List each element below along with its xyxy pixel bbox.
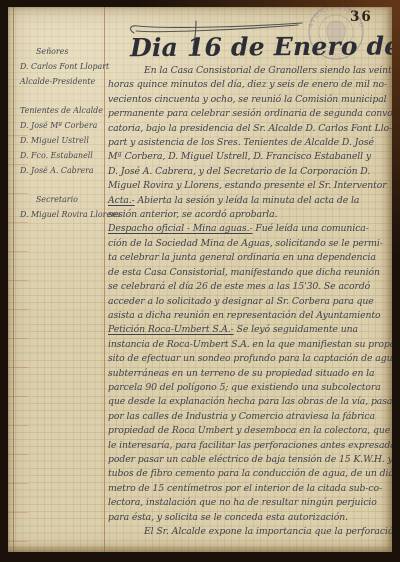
body-line: Petición Roca-Umbert S.A.- Se leyó segui… [106, 323, 392, 337]
body-line: horas quince minutos del día, diez y sei… [106, 78, 392, 92]
line-text: se celebrará el día 26 de este mes a las… [108, 281, 370, 292]
body-line: propiedad de Roca Umbert y desemboca en … [106, 424, 392, 438]
underlined-heading: Petición Roca-Umbert S.A.- [108, 324, 234, 335]
entry-date-heading: Dia 16 de Enero de 1958 [130, 31, 392, 62]
line-text: ta celebrar la junta general ordinaria e… [108, 252, 376, 263]
body-line: Acta.- Abierta la sesión y leída la minu… [106, 194, 392, 208]
body-line: subterráneas en un terreno de su propied… [106, 367, 392, 381]
margin-note: D. Miguel Rovira Llorens [20, 207, 108, 222]
underlined-heading: Acta.- [108, 195, 135, 206]
line-text: lectora, instalación que no ha de result… [108, 497, 377, 508]
margin-note: D. José Mª Corbera [20, 118, 108, 133]
line-text: metro de 15 centímetros por el interior … [108, 483, 382, 494]
body-line: acceder a lo solicitado y designar al Sr… [106, 295, 392, 309]
body-line: poder pasar un cable eléctrico de baja t… [106, 453, 392, 467]
body-line: lectora, instalación que no ha de result… [106, 496, 392, 510]
body-line: permanente para celebrar sesión ordinari… [106, 107, 392, 121]
line-text: propiedad de Roca Umbert y desemboca en … [108, 425, 390, 436]
body-line: para ésta, y solicita se le conceda esta… [106, 511, 392, 525]
body-line: Miguel Rovira y Llorens, estando present… [106, 179, 392, 193]
binding-crease-line [13, 7, 14, 552]
line-text: D. José A. Cabrera, y del Secretario de … [108, 166, 370, 177]
line-text: de esta Casa Consistorial, manifestando … [108, 267, 380, 278]
body-line: El Sr. Alcalde expone la importancia que… [106, 525, 392, 539]
body-line: En la Casa Consistorial de Granollers si… [106, 64, 392, 78]
body-line: Despacho oficial - Mina aguas.- Fué leíd… [106, 222, 392, 236]
line-text: Mª Corbera, D. Miguel Ustrell, D. Franci… [108, 151, 371, 162]
body-line: que desde la explanación hecha para las … [106, 395, 392, 409]
line-text: acceder a lo solicitado y designar al Sr… [108, 296, 374, 307]
body-line: metro de 15 centímetros por el interior … [106, 482, 392, 496]
line-text: permanente para celebrar sesión ordinari… [108, 108, 392, 119]
line-text: tubos de fibro cemento para la conducció… [108, 468, 392, 479]
margin-note: D. Carlos Font Llopart [20, 59, 108, 74]
line-text: Se leyó seguidamente una [234, 324, 358, 335]
body-line: asista a dicha reunión en representación… [106, 309, 392, 323]
margin-note: D. José A. Cabrera [20, 163, 108, 178]
line-text: ción de la Sociedad Mina de Aguas, solic… [108, 238, 383, 249]
underlined-heading: Despacho oficial - Mina aguas.- [108, 223, 253, 234]
margin-note: D. Miguel Ustrell [20, 133, 108, 148]
scanned-ledger-page: AYUNTAMIENTO GRANOLLERS 36 Dia 16 de Ene… [0, 0, 400, 562]
body-line: se celebrará el día 26 de este mes a las… [106, 280, 392, 294]
body-line: part y asistencia de los Sres. Tenientes… [106, 136, 392, 150]
body-line: Mª Corbera, D. Miguel Ustrell, D. Franci… [106, 150, 392, 164]
line-text: El Sr. Alcalde expone la importancia que… [144, 526, 392, 537]
margin-note: D. Fco. Estabanell [20, 148, 108, 163]
line-text: horas quince minutos del día, diez y sei… [108, 79, 387, 90]
body-line: ción de la Sociedad Mina de Aguas, solic… [106, 237, 392, 251]
margin-note: Alcalde-Presidente [20, 74, 108, 89]
line-text: sesión anterior, se acordó aprobarla. [108, 209, 277, 220]
line-text: instancia de Roca-Umbert S.A. en la que … [108, 339, 392, 350]
body-line: le interesaría, para facilitar las perfo… [106, 439, 392, 453]
line-text: parcela 90 del polígono 5; que existiend… [108, 382, 381, 393]
body-line: de esta Casa Consistorial, manifestando … [106, 266, 392, 280]
body-line: D. José A. Cabrera, y del Secretario de … [106, 165, 392, 179]
line-text: por las calles de Industria y Comercio a… [108, 411, 375, 422]
ledger-paper: AYUNTAMIENTO GRANOLLERS 36 Dia 16 de Ene… [8, 7, 392, 552]
line-text: para ésta, y solicita se le conceda esta… [108, 512, 348, 523]
body-line: tubos de fibro cemento para la conducció… [106, 467, 392, 481]
line-text: part y asistencia de los Sres. Tenientes… [108, 137, 374, 148]
line-text: Miguel Rovira y Llorens, estando present… [108, 180, 387, 191]
body-line: instancia de Roca-Umbert S.A. en la que … [106, 338, 392, 352]
page-number: 36 [350, 9, 373, 25]
line-text: poder pasar un cable eléctrico de baja t… [108, 454, 392, 465]
line-text: sito de efectuar un sondeo profundo para… [108, 353, 392, 364]
body-line: ta celebrar la junta general ordinaria e… [106, 251, 392, 265]
line-text: le interesaría, para facilitar las perfo… [108, 440, 392, 451]
margin-note: Secretario [20, 192, 108, 207]
line-text: vecientos cincuenta y ocho, se reunió la… [108, 94, 387, 105]
line-text: Fué leída una comunica- [253, 223, 369, 234]
body-line: parcela 90 del polígono 5; que existiend… [106, 381, 392, 395]
margin-note: Señores [20, 44, 108, 59]
margin-note: Tenientes de Alcalde [20, 103, 108, 118]
body-line: vecientos cincuenta y ocho, se reunió la… [106, 93, 392, 107]
line-text: asista a dicha reunión en representación… [108, 310, 381, 321]
margin-notes: SeñoresD. Carlos Font LlopartAlcalde-Pre… [20, 44, 108, 222]
line-text: subterráneas en un terreno de su propied… [108, 368, 375, 379]
line-text: que desde la explanación hecha para las … [108, 396, 392, 407]
line-text: catoria, bajo la presidencia del Sr. Alc… [108, 123, 392, 134]
body-line: por las calles de Industria y Comercio a… [106, 410, 392, 424]
body-line: catoria, bajo la presidencia del Sr. Alc… [106, 122, 392, 136]
line-text: En la Casa Consistorial de Granollers si… [144, 65, 392, 76]
body-line: sesión anterior, se acordó aprobarla. [106, 208, 392, 222]
body-text: En la Casa Consistorial de Granollers si… [106, 64, 392, 539]
line-text: Abierta la sesión y leída la minuta del … [135, 195, 360, 206]
body-line: sito de efectuar un sondeo profundo para… [106, 352, 392, 366]
